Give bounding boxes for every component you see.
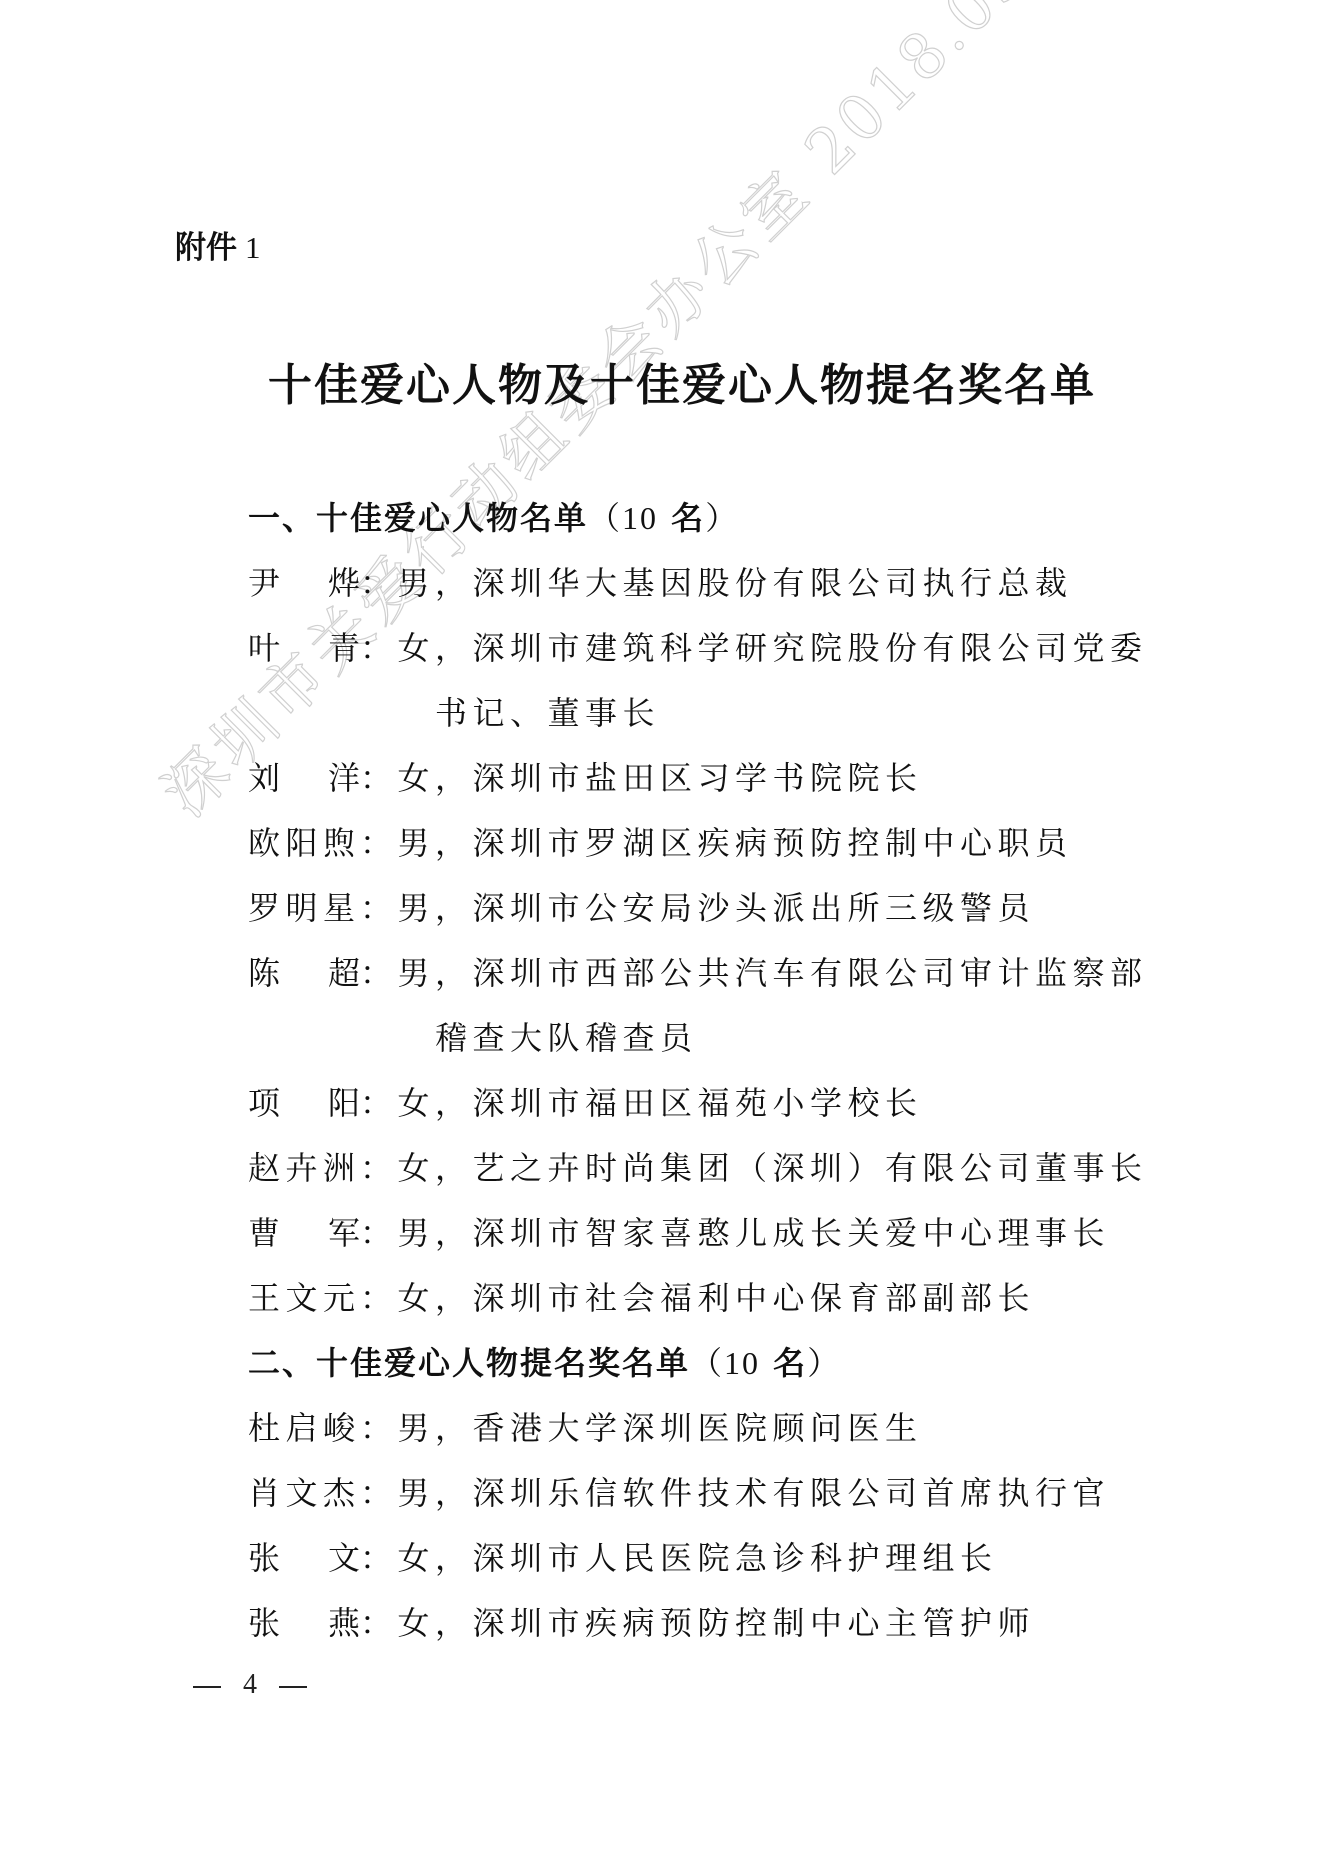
comma: ，: [435, 616, 473, 681]
person-name: 杜启峻: [248, 1396, 360, 1461]
position-description: 深圳市福田区福苑小学校长: [473, 1084, 923, 1122]
gender: 男: [398, 1409, 436, 1447]
position-description: 香港大学深圳医院顾问医生: [473, 1409, 923, 1447]
gender: 女: [398, 1084, 436, 1122]
list-item: 罗明星：男，深圳市公安局沙头派出所三级警员: [248, 876, 1168, 941]
comma: ，: [435, 1461, 473, 1526]
position-description: 深圳华大基因股份有限公司执行总裁: [473, 564, 1073, 602]
person-name: 罗明星: [248, 876, 360, 941]
position-description-continuation: 书记、董事长: [248, 681, 1168, 746]
list-item: 陈超：男，深圳市西部公共汽车有限公司审计监察部: [248, 941, 1168, 1006]
name-list: 一、十佳爱心人物名单（10 名） 尹烨：男，深圳华大基因股份有限公司执行总裁叶青…: [248, 486, 1168, 1656]
page-title: 十佳爱心人物及十佳爱心人物提名奖名单: [268, 356, 1148, 416]
person-name: 项阳: [248, 1071, 360, 1136]
gender: 女: [398, 629, 436, 667]
person-name: 张文: [248, 1526, 360, 1591]
comma: ，: [435, 1591, 473, 1656]
person-name: 欧阳煦: [248, 811, 360, 876]
list-item: 尹烨：男，深圳华大基因股份有限公司执行总裁: [248, 551, 1168, 616]
gender: 男: [398, 889, 436, 927]
gender: 男: [398, 564, 436, 602]
position-description: 深圳市公安局沙头派出所三级警员: [473, 889, 1036, 927]
colon: ：: [360, 1136, 398, 1201]
person-name: 刘洋: [248, 746, 360, 811]
section-heading-text: 二、十佳爱心人物提名奖名单: [248, 1344, 690, 1382]
list-item: 欧阳煦：男，深圳市罗湖区疾病预防控制中心职员: [248, 811, 1168, 876]
colon: ：: [360, 551, 398, 616]
colon: ：: [360, 746, 398, 811]
comma: ，: [435, 1201, 473, 1266]
position-description: 深圳市西部公共汽车有限公司审计监察部: [473, 954, 1148, 992]
position-description: 深圳市人民医院急诊科护理组长: [473, 1539, 998, 1577]
colon: ：: [360, 1396, 398, 1461]
comma: ，: [435, 1071, 473, 1136]
section-heading-text: 一、十佳爱心人物名单: [248, 499, 588, 537]
person-name: 肖文杰: [248, 1461, 360, 1526]
section-1-entries: 尹烨：男，深圳华大基因股份有限公司执行总裁叶青：女，深圳市建筑科学研究院股份有限…: [248, 551, 1168, 1331]
comma: ，: [435, 746, 473, 811]
position-description-continuation: 稽查大队稽查员: [248, 1006, 1168, 1071]
person-name: 王文元: [248, 1266, 360, 1331]
list-item: 刘洋：女，深圳市盐田区习学书院院长: [248, 746, 1168, 811]
gender: 女: [398, 1279, 436, 1317]
person-name: 张燕: [248, 1591, 360, 1656]
colon: ：: [360, 876, 398, 941]
colon: ：: [360, 616, 398, 681]
comma: ，: [435, 1266, 473, 1331]
gender: 男: [398, 824, 436, 862]
position-description: 深圳市疾病预防控制中心主管护师: [473, 1604, 1036, 1642]
position-description: 深圳乐信软件技术有限公司首席执行官: [473, 1474, 1111, 1512]
list-item: 叶青：女，深圳市建筑科学研究院股份有限公司党委: [248, 616, 1168, 681]
watermark-date: 2018.03.28: [791, 0, 1122, 188]
page-number-dash-left: [193, 1686, 221, 1688]
person-name: 尹烨: [248, 551, 360, 616]
colon: ：: [360, 1461, 398, 1526]
person-name: 曹军: [248, 1201, 360, 1266]
comma: ，: [435, 876, 473, 941]
person-name: 叶青: [248, 616, 360, 681]
section-2-entries: 杜启峻：男，香港大学深圳医院顾问医生肖文杰：男，深圳乐信软件技术有限公司首席执行…: [248, 1396, 1168, 1656]
list-item: 赵卉洲：女，艺之卉时尚集团（深圳）有限公司董事长: [248, 1136, 1168, 1201]
comma: ，: [435, 1526, 473, 1591]
colon: ：: [360, 941, 398, 1006]
gender: 男: [398, 1214, 436, 1252]
position-description: 深圳市罗湖区疾病预防控制中心职员: [473, 824, 1073, 862]
colon: ：: [360, 811, 398, 876]
gender: 女: [398, 1604, 436, 1642]
list-item: 杜启峻：男，香港大学深圳医院顾问医生: [248, 1396, 1168, 1461]
list-item: 项阳：女，深圳市福田区福苑小学校长: [248, 1071, 1168, 1136]
document-page: 深圳市关爱行动组委会办公室2018.03.28 附件1 十佳爱心人物及十佳爱心人…: [0, 0, 1323, 1871]
position-description: 深圳市社会福利中心保育部副部长: [473, 1279, 1036, 1317]
section-count: 10: [724, 1345, 760, 1381]
attachment-label-text: 附件: [175, 230, 237, 266]
list-item: 张燕：女，深圳市疾病预防控制中心主管护师: [248, 1591, 1168, 1656]
colon: ：: [360, 1071, 398, 1136]
person-name: 陈超: [248, 941, 360, 1006]
list-item: 王文元：女，深圳市社会福利中心保育部副部长: [248, 1266, 1168, 1331]
comma: ，: [435, 1396, 473, 1461]
section-heading-1: 一、十佳爱心人物名单（10 名）: [248, 486, 1168, 551]
comma: ，: [435, 551, 473, 616]
colon: ：: [360, 1201, 398, 1266]
comma: ，: [435, 941, 473, 1006]
gender: 男: [398, 954, 436, 992]
comma: ，: [435, 811, 473, 876]
position-description: 深圳市建筑科学研究院股份有限公司党委: [473, 629, 1148, 667]
colon: ：: [360, 1591, 398, 1656]
gender: 女: [398, 1149, 436, 1187]
position-description: 艺之卉时尚集团（深圳）有限公司董事长: [473, 1149, 1148, 1187]
page-number: 4: [193, 1665, 307, 1705]
colon: ：: [360, 1266, 398, 1331]
list-item: 张文：女，深圳市人民医院急诊科护理组长: [248, 1526, 1168, 1591]
page-number-value: 4: [243, 1669, 257, 1700]
position-description: 深圳市智家喜憨儿成长关爱中心理事长: [473, 1214, 1111, 1252]
attachment-number: 1: [245, 230, 261, 265]
page-number-dash-right: [279, 1686, 307, 1688]
list-item: 曹军：男，深圳市智家喜憨儿成长关爱中心理事长: [248, 1201, 1168, 1266]
colon: ：: [360, 1526, 398, 1591]
attachment-label: 附件1: [175, 226, 261, 270]
section-heading-2: 二、十佳爱心人物提名奖名单（10 名）: [248, 1331, 1168, 1396]
person-name: 赵卉洲: [248, 1136, 360, 1201]
comma: ，: [435, 1136, 473, 1201]
gender: 女: [398, 1539, 436, 1577]
gender: 男: [398, 1474, 436, 1512]
list-item: 肖文杰：男，深圳乐信软件技术有限公司首席执行官: [248, 1461, 1168, 1526]
gender: 女: [398, 759, 436, 797]
position-description: 深圳市盐田区习学书院院长: [473, 759, 923, 797]
section-count: 10: [622, 500, 658, 536]
